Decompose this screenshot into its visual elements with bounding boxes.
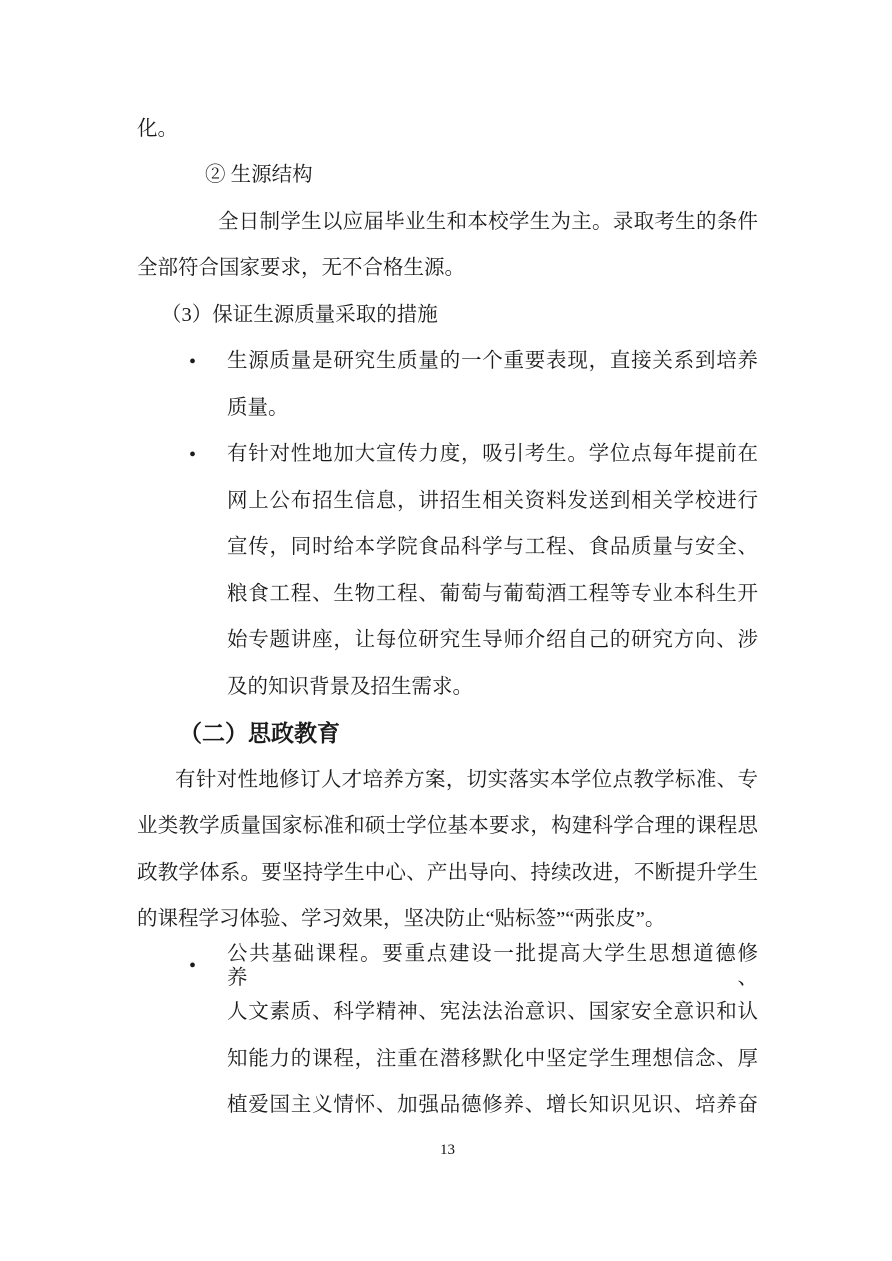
text-line: 政教学体系。要坚持学生中心、产出导向、持续改进，不断提升学生 [137,861,758,886]
text-line: （3）保证生源质量采取的措施 [161,303,758,328]
text-line: 化。 [137,117,758,142]
bullet-icon: • [189,443,227,467]
section-heading-text: （二）思政教育 [179,720,758,748]
text-line: 始专题讲座，让每位研究生导师介绍自己的研究方向、涉 [227,628,758,653]
text-line: 质量。 [227,396,758,421]
text-line: 全日制学生以应届毕业生和本校学生为主。录取考生的条件 [218,210,758,235]
bullet-icon: • [189,954,227,978]
text-line: 有针对性地加大宣传力度，吸引考生。学位点每年提前在 [227,442,758,467]
bullet-list-item: • 生源质量是研究生质量的一个重要表现，直接关系到培养 [137,339,758,386]
text-line: 全部符合国家要求，无不合格生源。 [137,256,758,281]
bullet-item-continuation: 粮食工程、生物工程、葡萄与葡萄酒工程等专业本科生开 [137,571,758,618]
text-line: 有针对性地修订人才培养方案，切实落实本学位点教学标准、专 [175,768,758,793]
paragraph-first-line: 有针对性地修订人才培养方案，切实落实本学位点教学标准、专 [137,757,758,804]
bullet-icon: • [189,350,227,374]
text-line: 知能力的课程，注重在潜移默化中坚定学生理想信念、厚 [227,1047,758,1072]
document-page: 化。 ② 生源结构 全日制学生以应届毕业生和本校学生为主。录取考生的条件 全部符… [0,0,892,1261]
bullet-list-item: • 有针对性地加大宣传力度，吸引考生。学位点每年提前在 [137,432,758,479]
bullet-item-continuation: 始专题讲座，让每位研究生导师介绍自己的研究方向、涉 [137,618,758,665]
document-body: 化。 ② 生源结构 全日制学生以应届毕业生和本校学生为主。录取考生的条件 全部符… [137,106,758,1129]
paragraph-line: 政教学体系。要坚持学生中心、产出导向、持续改进，不断提升学生 [137,850,758,897]
bullet-item-continuation: 网上公布招生信息，讲招生相关资料发送到相关学校进行 [137,478,758,525]
paragraph-line: 全部符合国家要求，无不合格生源。 [137,246,758,293]
numbered-item-sheng-yuan-jie-gou: ② 生源结构 [137,153,758,200]
text-line: 及的知识背景及招生需求。 [227,675,758,700]
paragraph-line: 业类教学质量国家标准和硕士学位基本要求，构建科学合理的课程思 [137,804,758,851]
text-line: 粮食工程、生物工程、葡萄与葡萄酒工程等专业本科生开 [227,582,758,607]
text-line: 宣传，同时给本学院食品科学与工程、食品质量与安全、 [227,535,758,560]
text-line: 人文素质、科学精神、宪法法治意识、国家安全意识和认 [227,1000,758,1025]
paragraph-first-line: 全日制学生以应届毕业生和本校学生为主。录取考生的条件 [137,199,758,246]
bullet-list-item: • 公共基础课程。要重点建设一批提高大学生思想道德修养、 [137,943,758,990]
text-line: ② 生源结构 [205,163,758,188]
text-line: 业类教学质量国家标准和硕士学位基本要求，构建科学合理的课程思 [137,814,758,839]
bullet-item-continuation: 植爱国主义情怀、加强品德修养、增长知识见识、培养奋 [137,1083,758,1130]
text-line: 的课程学习体验、学习效果，坚决防止“贴标签”“两张皮”。 [137,907,758,932]
bullet-item-continuation: 及的知识背景及招生需求。 [137,664,758,711]
text-line: 植爱国主义情怀、加强品德修养、增长知识见识、培养奋 [227,1093,758,1118]
section-heading-sizheng-jiaoyu: （二）思政教育 [137,711,758,758]
paragraph-line: 的课程学习体验、学习效果，坚决防止“贴标签”“两张皮”。 [137,897,758,944]
text-line: 生源质量是研究生质量的一个重要表现，直接关系到培养 [227,349,758,374]
bullet-item-continuation: 知能力的课程，注重在潜移默化中坚定学生理想信念、厚 [137,1036,758,1083]
bullet-item-continuation: 质量。 [137,385,758,432]
page-number: 13 [137,1142,758,1159]
text-line: 公共基础课程。要重点建设一批提高大学生思想道德修养、 [227,942,758,991]
text-line: 网上公布招生信息，讲招生相关资料发送到相关学校进行 [227,489,758,514]
paragraph-continuation-line: 化。 [137,106,758,153]
bullet-item-continuation: 宣传，同时给本学院食品科学与工程、食品质量与安全、 [137,525,758,572]
sub-item-heading: （3）保证生源质量采取的措施 [137,292,758,339]
bullet-item-continuation: 人文素质、科学精神、宪法法治意识、国家安全意识和认 [137,990,758,1037]
